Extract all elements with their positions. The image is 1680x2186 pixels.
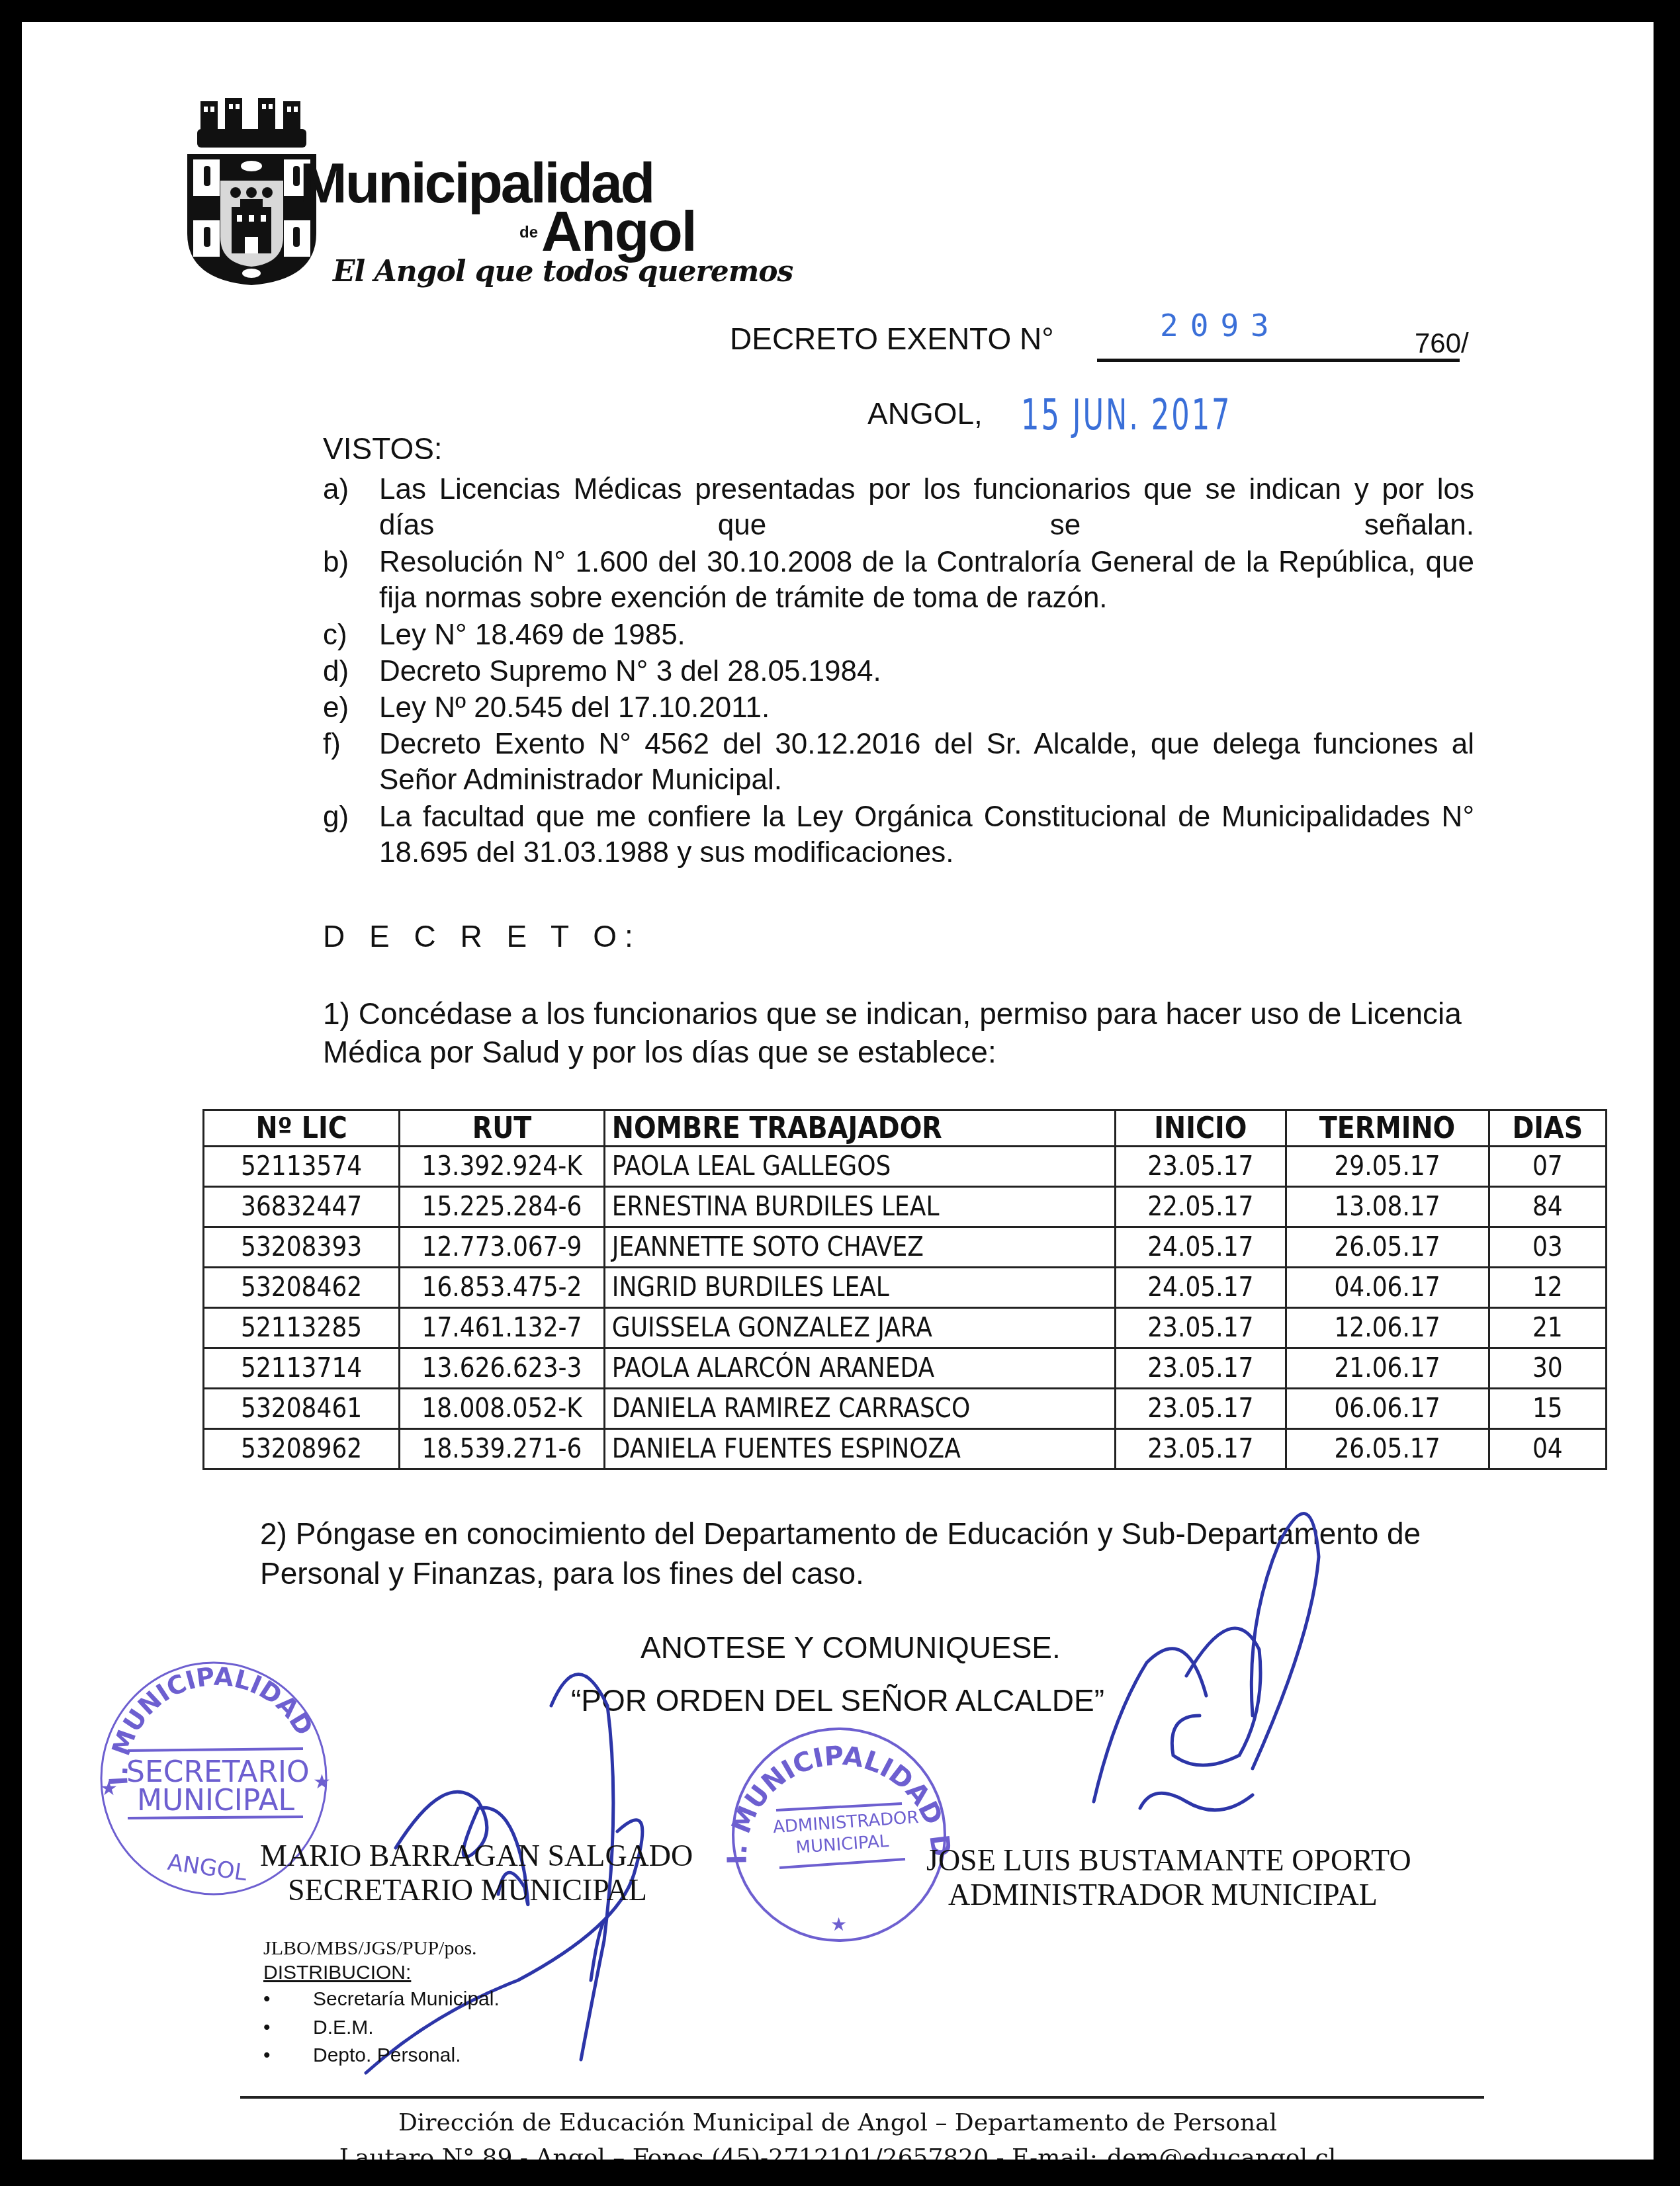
footer-contact: Lautaro N° 89 - Angol – Fonos (45)-27121…: [22, 2144, 1654, 2160]
footer-email-link[interactable]: dem@educangol.cl: [1107, 2144, 1336, 2160]
distribution-item: •Depto. Personal.: [263, 2044, 461, 2067]
bullet-icon: •: [263, 2017, 313, 2039]
footer-department: Dirección de Educación Municipal de Ango…: [22, 2109, 1654, 2136]
signer-left-role: SECRETARIO MUNICIPAL: [288, 1872, 647, 1907]
signer-left-name: MARIO BARRAGAN SALGADO: [260, 1838, 693, 1873]
signer-right-role: ADMINISTRADOR MUNICIPAL: [948, 1877, 1378, 1912]
distribution-item: •Secretaría Municipal.: [263, 1988, 500, 2011]
bullet-icon: •: [263, 2044, 313, 2067]
distribution-title: DISTRIBUCION:: [263, 1962, 411, 1984]
footer-address: Lautaro N° 89 - Angol – Fonos (45)-27121…: [339, 2144, 1098, 2160]
distribution-item: •D.E.M.: [263, 2017, 374, 2039]
signer-right-name: JOSE LUIS BUSTAMANTE OPORTO: [926, 1843, 1411, 1878]
document-page: Municipalidad de Angol El Angol que todo…: [22, 22, 1654, 2160]
bullet-icon: •: [263, 1988, 313, 2011]
initials-line: JLBO/MBS/JGS/PUP/pos.: [263, 1937, 477, 1960]
footer-divider: [240, 2096, 1484, 2099]
